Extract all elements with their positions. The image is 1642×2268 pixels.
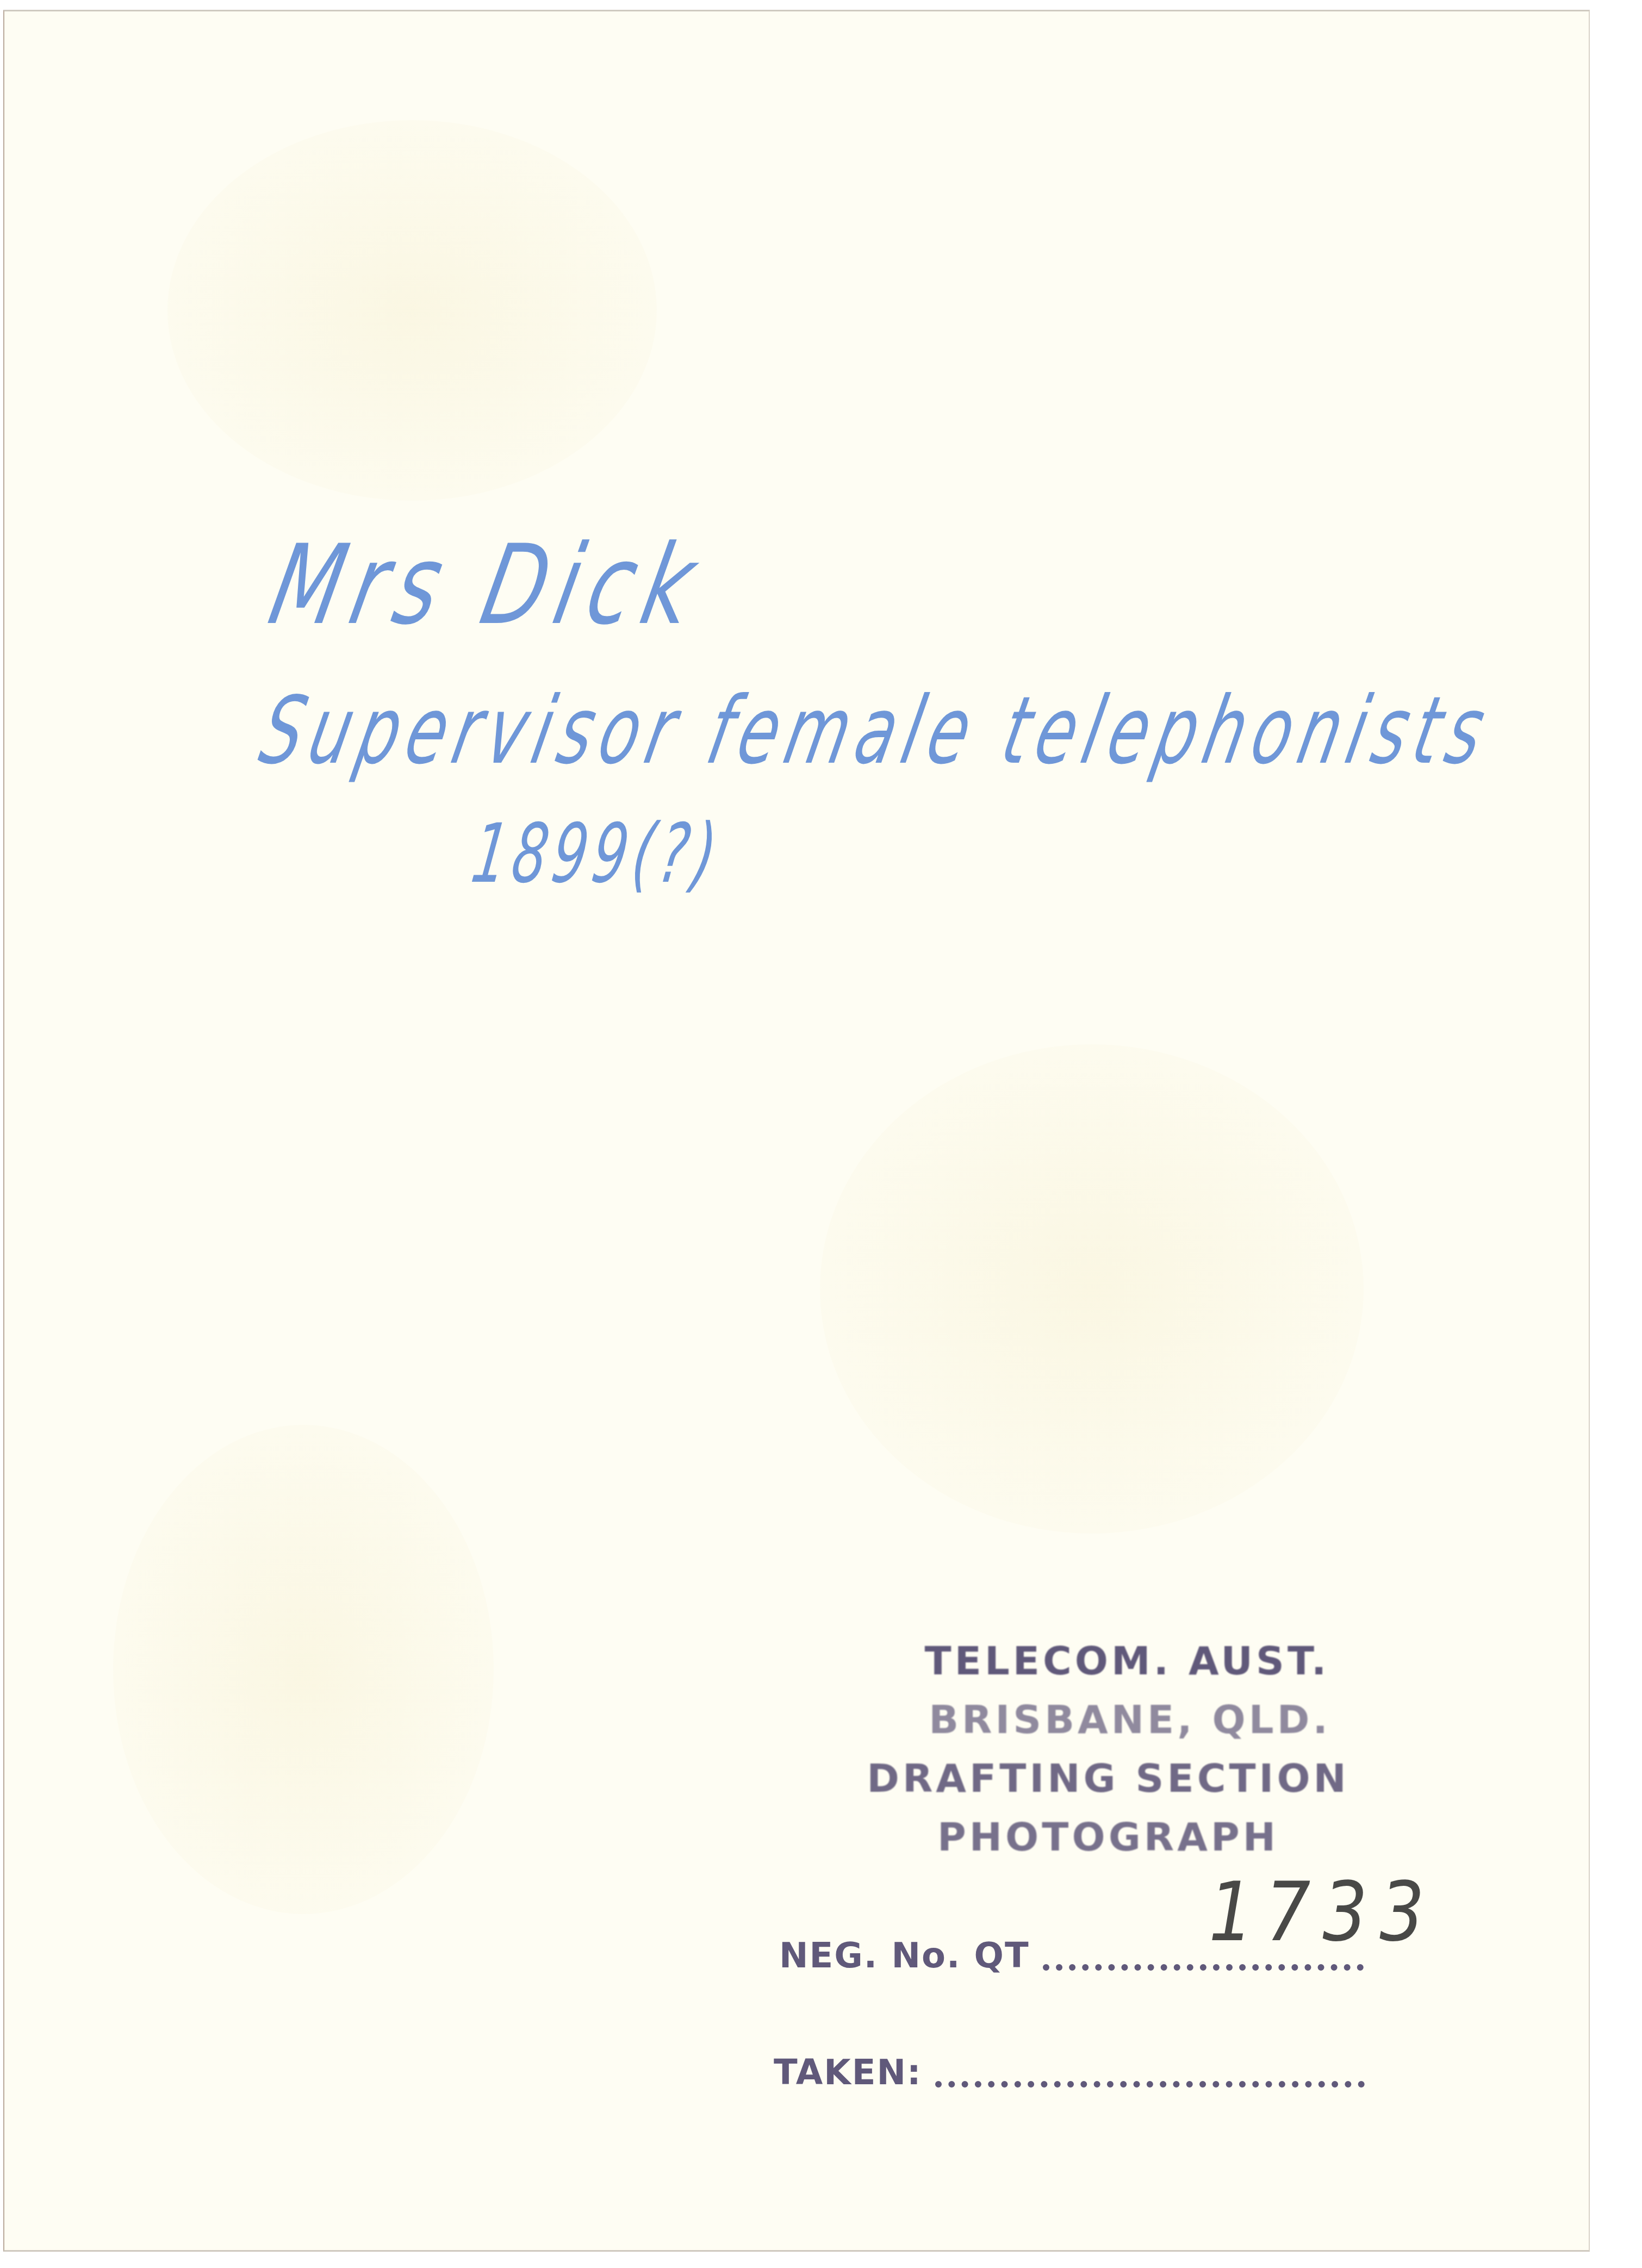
negative-number-label: NEG. No. QT <box>779 1936 1030 1976</box>
dotted-line <box>935 2081 1365 2088</box>
paper-stain <box>167 120 657 501</box>
stamp-line-location: BRISBANE, QLD. <box>755 1690 1461 1749</box>
stamp-line-type: PHOTOGRAPH <box>755 1808 1461 1866</box>
handwritten-name: Mrs Dick <box>260 522 715 650</box>
handwritten-role: Supervisor female telephonists <box>252 676 1501 785</box>
paper-stain <box>113 1425 494 1914</box>
taken-label: TAKEN: <box>774 2053 922 2093</box>
paper-stain <box>820 1044 1364 1534</box>
dotted-line <box>1043 1964 1364 1971</box>
handwritten-date: 1899(?) <box>467 806 727 902</box>
archive-stamp: TELECOM. AUST. BRISBANE, QLD. DRAFTING S… <box>755 1631 1461 1866</box>
stamp-line-organisation: TELECOM. AUST. <box>755 1631 1461 1690</box>
negative-number-field: NEG. No. QT 1733 <box>779 1936 1364 1976</box>
photo-back-paper: Mrs Dick Supervisor female telephonists … <box>3 10 1590 2252</box>
taken-field: TAKEN: <box>774 2053 1365 2093</box>
negative-number-value: 1733 <box>1209 1865 1436 1960</box>
stamp-line-section: DRAFTING SECTION <box>755 1749 1461 1808</box>
